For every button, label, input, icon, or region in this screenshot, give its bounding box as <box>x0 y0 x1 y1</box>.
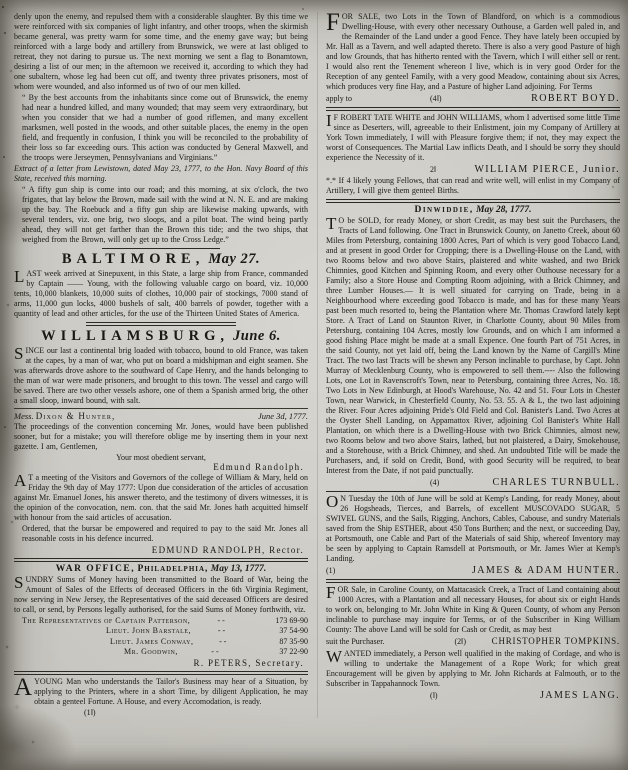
insertion-mark: (1‖) <box>84 708 96 717</box>
insertion-mark: 2‖ <box>430 165 436 174</box>
mess-prefix: Mess. <box>14 411 34 421</box>
tailor-text: YOUNG Man who understands the Tailor's B… <box>34 677 308 706</box>
war-office-text: UNDRY Sums of Money having been transmit… <box>14 575 308 614</box>
williamsburg-heading: WILLIAMSBURG,June 6. <box>14 328 308 345</box>
boyd-text: OR SALE, two Lots in the Town of Blandfo… <box>326 12 620 91</box>
asterism-mark: *.* <box>326 176 336 185</box>
dixon-hunter-name: Dixon & Hunter, <box>36 411 116 421</box>
section-rule-double <box>14 671 308 675</box>
hunter-advertisement: ON Tuesday the 10th of June will be sold… <box>326 494 620 564</box>
dropcap: S <box>14 575 23 590</box>
randolph-signature: Edmund Randolph. <box>14 462 304 472</box>
tailor-sig-row: (1‖) <box>14 708 308 717</box>
boyd-signature: ROBERT BOYD. <box>531 93 620 104</box>
pierce-footnote: *.* If 4 likely young Fellows, that can … <box>326 176 620 196</box>
lang-advertisement: WANTED immediately, a Person well qualif… <box>326 649 620 689</box>
dropcap: A <box>14 473 26 488</box>
tompkins-text: OR Sale, in Caroline County, on Mattacas… <box>326 585 620 634</box>
right-column: FOR SALE, two Lots in the Town of Blandf… <box>317 12 620 718</box>
turnbull-signature: CHARLES TURNBULL. <box>492 477 620 488</box>
payee-name: The Representatives of Captain Patterson… <box>22 616 190 626</box>
boyd-sig-row: apply to(4‖)ROBERT BOYD. <box>326 93 620 104</box>
section-rule-double <box>86 322 236 326</box>
newspaper-page: denly upon the enemy, and repulsed them … <box>0 0 628 770</box>
dropcap: I <box>326 113 332 128</box>
lang-signature: JAMES LANG. <box>540 690 620 701</box>
turnbull-advertisement: TO be SOLD, for ready Money, or short Cr… <box>326 216 620 476</box>
payee-name: Lieut. James Conway, <box>110 637 193 647</box>
section-rule <box>326 491 620 492</box>
payee-name: Lieut. John Barstale, <box>106 626 191 636</box>
college-text: T a meeting of the Visitors and Governor… <box>14 473 308 522</box>
insertion-mark: (1) <box>326 566 360 575</box>
sig-lead-text: apply to <box>326 94 360 103</box>
extract-letter-heading: Extract of a letter from Lewistown, date… <box>14 164 308 184</box>
dropcap: T <box>326 216 336 231</box>
row-dashes: - - <box>190 616 252 626</box>
row-dashes: - - <box>191 626 252 636</box>
dropcap: S <box>14 346 23 361</box>
section-rule <box>102 248 220 249</box>
hunter-sig-row: (1)JAMES & ADAM HUNTER. <box>326 565 620 576</box>
insertion-mark: (4) <box>430 478 439 487</box>
turnbull-text: O be SOLD, for ready Money, or short Cre… <box>326 216 620 475</box>
baltimore-article: LAST week arrived at Sinepuxent, in this… <box>14 269 308 319</box>
insertion-mark: (2‖) <box>454 637 466 646</box>
tompkins-sig-row: suit the Purchaser.(2‖)CHRISTOPHER TOMPK… <box>326 636 620 646</box>
pierce-sig-row: 2‖WILLIAM PIERCE, Junior. <box>326 164 620 175</box>
baltimore-date: May 27. <box>208 251 260 267</box>
row-amount: 87 35-90 <box>252 637 308 647</box>
letter-date: June 3d, 1777. <box>258 411 308 421</box>
section-rule-double <box>326 199 620 203</box>
payment-row: The Representatives of Captain Patterson… <box>14 616 308 626</box>
baltimore-text: AST week arrived at Sinepuxent, in this … <box>14 269 308 318</box>
baltimore-heading: BALTIMORE,May 27. <box>14 251 308 268</box>
boyd-advertisement: FOR SALE, two Lots in the Town of Blandf… <box>326 12 620 92</box>
dropcap: O <box>326 494 338 509</box>
college-minutes: AT a meeting of the Visitors and Governo… <box>14 473 308 523</box>
college-ordered: Ordered, that the bursar be empowered an… <box>14 524 308 544</box>
turnbull-sig-row: (4)CHARLES TURNBULL. <box>326 477 620 488</box>
dropcap: W <box>326 649 342 664</box>
section-rule-double <box>326 107 620 111</box>
war-office-place: Philadelphia, <box>137 564 208 574</box>
letter-closing: Your most obedient servant, <box>14 453 308 462</box>
lang-sig-row: (‖)JAMES LANG. <box>326 690 620 701</box>
pierce-note-text: If 4 likely young Fellows, that can read… <box>326 176 620 195</box>
war-office-body: SUNDRY Sums of Money having been transmi… <box>14 575 308 615</box>
war-office-heading: WAR OFFICE, Philadelphia, May 13, 1777. <box>14 564 308 574</box>
news-paragraph-brunswick: “ By the best accounts from the inhabita… <box>14 93 308 163</box>
payee-name: Mr. Goodwin, <box>124 647 178 657</box>
williamsburg-article: SINCE our last a continental brig loaded… <box>14 346 308 406</box>
dinwiddie-heading: Dinwiddie, May 28, 1777. <box>326 205 620 215</box>
columns: denly upon the enemy, and repulsed them … <box>0 0 628 718</box>
section-rule-double <box>14 558 308 562</box>
thin-rule <box>14 408 308 409</box>
dropcap: F <box>326 12 340 33</box>
pierce-advertisement: IF ROBERT TATE WHITE and JOHN WILLIAMS, … <box>326 113 620 163</box>
hunter-text: N Tuesday the 10th of June will be sold … <box>326 494 620 563</box>
dropcap: A <box>14 677 32 698</box>
left-column: denly upon the enemy, and repulsed them … <box>14 12 308 718</box>
tompkins-advertisement: FOR Sale, in Caroline County, on Mattaca… <box>326 585 620 635</box>
dinwiddie-date: May 28, 1777. <box>476 205 531 215</box>
tompkins-signature: CHRISTOPHER TOMPKINS. <box>492 636 620 646</box>
peters-signature: R. PETERS, Secretary. <box>14 658 304 668</box>
baltimore-city: BALTIMORE, <box>62 251 205 267</box>
war-office-title: WAR OFFICE, <box>56 564 135 574</box>
news-paragraph-skirmish: denly upon the enemy, and repulsed them … <box>14 12 308 92</box>
war-office-date: May 13, 1777. <box>211 564 266 574</box>
row-amount: 37 22-90 <box>252 647 308 657</box>
news-paragraph-fifty-gun-ship: “ A fifty gun ship is come into our road… <box>14 185 308 245</box>
lang-text: ANTED immediately, a Person well qualifi… <box>326 649 620 688</box>
payment-row: Mr. Goodwin,- -37 22-90 <box>14 647 308 657</box>
payment-row: Lieut. John Barstale,- -37 54-90 <box>14 626 308 636</box>
section-rule-double <box>326 579 620 583</box>
pierce-signature: WILLIAM PIERCE, Junior. <box>474 164 620 175</box>
dinwiddie-place: Dinwiddie, <box>414 205 473 215</box>
dixon-hunter-addressee: Mess. Dixon & Hunter, <box>14 411 115 421</box>
williamsburg-date: June 6. <box>233 328 281 344</box>
dropcap: L <box>14 269 24 284</box>
sig-lead-text: suit the Purchaser. <box>326 637 384 646</box>
dropcap: F <box>326 585 335 600</box>
row-amount: 37 54-90 <box>252 626 308 636</box>
tailor-advertisement: AYOUNG Man who understands the Tailor's … <box>14 677 308 707</box>
row-dashes: - - <box>193 637 252 647</box>
insertion-mark: (‖) <box>430 691 438 700</box>
randolph-rector-signature: EDMUND RANDOLPH, Rector. <box>14 545 304 555</box>
payment-row: Lieut. James Conway,- -87 35-90 <box>14 637 308 647</box>
williamsburg-text: INCE our last a continental brig loaded … <box>14 346 308 405</box>
hunter-signature: JAMES & ADAM HUNTER. <box>472 565 620 576</box>
williamsburg-city: WILLIAMSBURG, <box>41 328 229 344</box>
scan-speckles <box>2 6 4 8</box>
row-dashes: - - <box>178 647 252 657</box>
dixon-hunter-salutation: Mess. Dixon & Hunter, June 3d, 1777. <box>14 411 308 421</box>
pierce-text: F ROBERT TATE WHITE and JOHN WILLIAMS, w… <box>326 113 620 162</box>
dixon-letter-body: The proceedings of the convention concer… <box>14 422 308 452</box>
row-amount: 173 69-90 <box>252 616 308 626</box>
insertion-mark: (4‖) <box>430 94 442 103</box>
